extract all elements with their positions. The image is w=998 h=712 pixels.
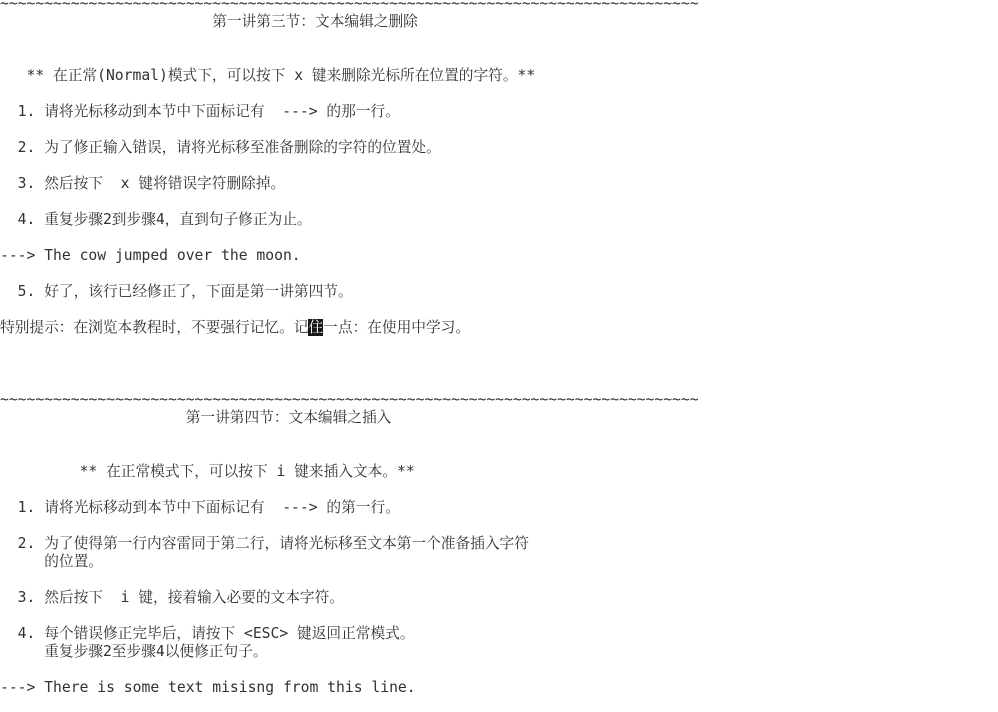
blank-line (0, 571, 699, 589)
blank-line (0, 49, 699, 67)
cursor-line-after: 一点：在使用中学习。 (323, 319, 470, 336)
separator-line: ~~~~~~~~~~~~~~~~~~~~~~~~~~~~~~~~~~~~~~~~… (0, 391, 699, 409)
blank-line (0, 427, 699, 445)
section-4-summary: ** 在正常模式下，可以按下 i 键来插入文本。** (0, 463, 699, 481)
blank-line (0, 661, 699, 679)
blank-line (0, 301, 699, 319)
blank-line (0, 193, 699, 211)
blank-line (0, 445, 699, 463)
step-5: 5. 好了，该行已经修正了，下面是第一讲第四节。 (0, 283, 699, 301)
terminal-screen[interactable]: ~~~~~~~~~~~~~~~~~~~~~~~~~~~~~~~~~~~~~~~~… (0, 0, 998, 712)
step-1: 1. 请将光标移动到本节中下面标记有 ---> 的那一行。 (0, 103, 699, 121)
cursor-line: 特别提示：在浏览本教程时，不要强行记忆。记住一点：在使用中学习。 (0, 319, 699, 337)
step-3: 3. 然后按下 x 键将错误字符删除掉。 (0, 175, 699, 193)
blank-line (0, 85, 699, 103)
step-4-continuation: 重复步骤2至步骤4以便修正句子。 (0, 643, 699, 661)
section-3-title: 第一讲第三节：文本编辑之删除 (0, 13, 699, 31)
step-2: 2. 为了修正输入错误，请将光标移至准备删除的字符的位置处。 (0, 139, 699, 157)
blank-line (0, 373, 699, 391)
step-1: 1. 请将光标移动到本节中下面标记有 ---> 的第一行。 (0, 499, 699, 517)
blank-line (0, 337, 699, 355)
step-2-continuation: 的位置。 (0, 553, 699, 571)
vim-cursor: 住 (308, 319, 323, 336)
blank-line (0, 229, 699, 247)
cursor-line-before: 特别提示：在浏览本教程时，不要强行记忆。记 (0, 319, 308, 336)
practice-line-cow: ---> The cow jumped over the moon. (0, 247, 699, 265)
blank-line (0, 157, 699, 175)
blank-line (0, 121, 699, 139)
blank-line (0, 265, 699, 283)
blank-line (0, 607, 699, 625)
step-4: 4. 重复步骤2到步骤4，直到句子修正为止。 (0, 211, 699, 229)
step-4: 4. 每个错误修正完毕后，请按下 <ESC> 键返回正常模式。 (0, 625, 699, 643)
practice-line-missing: ---> There is some text misisng from thi… (0, 679, 699, 697)
vimtutor-text: ~~~~~~~~~~~~~~~~~~~~~~~~~~~~~~~~~~~~~~~~… (0, 0, 699, 697)
blank-line (0, 517, 699, 535)
blank-line (0, 481, 699, 499)
blank-line (0, 355, 699, 373)
separator-line: ~~~~~~~~~~~~~~~~~~~~~~~~~~~~~~~~~~~~~~~~… (0, 0, 699, 13)
blank-line (0, 31, 699, 49)
step-2: 2. 为了使得第一行内容雷同于第二行，请将光标移至文本第一个准备插入字符 (0, 535, 699, 553)
section-3-summary: ** 在正常(Normal)模式下，可以按下 x 键来删除光标所在位置的字符。*… (0, 67, 699, 85)
step-3: 3. 然后按下 i 键，接着输入必要的文本字符。 (0, 589, 699, 607)
section-4-title: 第一讲第四节：文本编辑之插入 (0, 409, 699, 427)
